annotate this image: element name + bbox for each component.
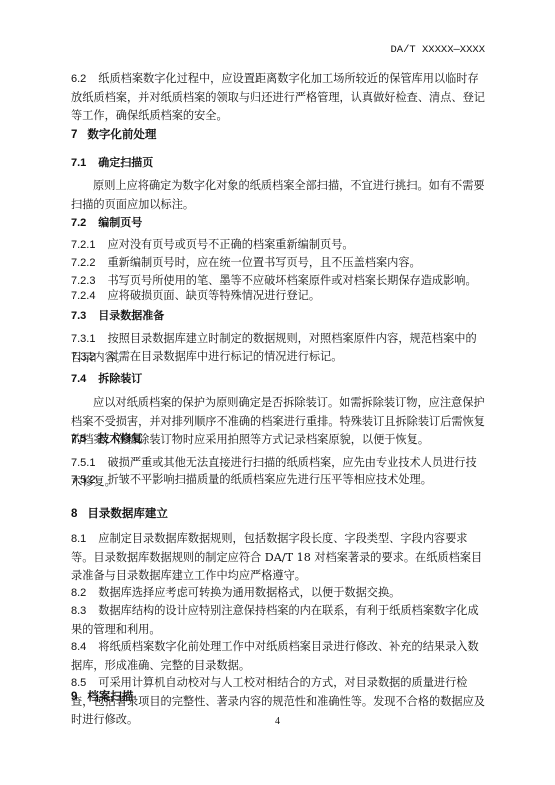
section-number: 7.5	[71, 433, 86, 445]
clause-text: 纸质档案数字化过程中，应设置距离数字化加工场所较近的保管库用以临时存放纸质档案，…	[71, 72, 485, 122]
chapter-number: 7	[71, 129, 77, 141]
clause-8-2: 8.2数据库选择应考虑可转换为通用数据格式，以便于数据交换。	[71, 584, 485, 603]
clause-text: 应将破损页面、缺页等特殊情况进行登记。	[107, 289, 320, 302]
section-7-1-text: 原则上应将确定为数字化对象的纸质档案全部扫描，不宜进行挑扫。如有不需要扫描的页面…	[71, 177, 485, 214]
clause-number: 6.2	[71, 73, 86, 85]
clause-text: 应对没有页号或页号不正确的档案重新编制页号。	[107, 238, 353, 251]
clause-7-2-2: 7.2.2重新编制页号时，应在统一位置书写页号，且不压盖档案内容。	[71, 254, 485, 273]
clause-number: 8.4	[71, 641, 86, 653]
clause-number: 7.3.1	[71, 333, 95, 345]
clause-7-2-1: 7.2.1应对没有页号或页号不正确的档案重新编制页号。	[71, 236, 485, 255]
clause-text: 重新编制页号时，应在统一位置书写页号，且不压盖档案内容。	[107, 256, 420, 269]
clause-text: 折皱不平影响扫描质量的纸质档案应先进行压平等相应技术处理。	[107, 473, 431, 486]
section-title: 确定扫描页	[98, 157, 153, 169]
clause-number: 8.3	[71, 605, 86, 617]
clause-7-3-2: 7.3.2对需在目录数据库中进行标记的情况进行标记。	[71, 348, 485, 367]
clause-number: 7.2.2	[71, 257, 95, 269]
section-7-2-heading: 7.2编制页号	[71, 214, 485, 233]
section-number: 7.2	[71, 217, 86, 229]
clause-6-2: 6.2纸质档案数字化过程中，应设置距离数字化加工场所较近的保管库用以临时存放纸质…	[71, 70, 485, 126]
section-number: 7.4	[71, 373, 86, 385]
chapter-number: 9	[71, 691, 77, 703]
standard-code-header: DA/T XXXXX—XXXX	[390, 44, 485, 56]
clause-7-5-2: 7.5.2折皱不平影响扫描质量的纸质档案应先进行压平等相应技术处理。	[71, 471, 485, 490]
chapter-7-heading: 7数字化前处理	[71, 126, 485, 145]
clause-text: 对需在目录数据库中进行标记的情况进行标记。	[107, 350, 342, 363]
clause-number: 7.2.1	[71, 239, 95, 251]
page-number: 4	[0, 716, 555, 727]
section-7-4-heading: 7.4拆除装订	[71, 370, 485, 389]
section-number: 7.1	[71, 157, 86, 169]
section-number: 7.3	[71, 310, 86, 322]
clause-number: 8.2	[71, 587, 86, 599]
clause-8-4: 8.4将纸质档案数字化前处理工作中对纸质档案目录进行修改、补充的结果录入数据库，…	[71, 638, 485, 675]
chapter-8-heading: 8目录数据库建立	[71, 505, 485, 524]
clause-text: 应制定目录数据库数据规则，包括数据字段长度、字段类型、字段内容要求等。目录数据库…	[71, 532, 482, 582]
clause-text: 将纸质档案数字化前处理工作中对纸质档案目录进行修改、补充的结果录入数据库，形成准…	[71, 640, 479, 672]
clause-number: 7.5.1	[71, 457, 95, 469]
clause-number: 7.2.3	[71, 275, 95, 287]
chapter-number: 8	[71, 508, 77, 520]
section-title: 编制页号	[98, 217, 142, 229]
clause-number: 8.1	[71, 533, 86, 545]
section-7-5-heading: 7.5技术修复	[71, 430, 485, 449]
chapter-title: 目录数据库建立	[87, 508, 168, 520]
clause-number: 7.3.2	[71, 351, 95, 363]
clause-text: 书写页号所使用的笔、墨等不应破坏档案原件或对档案长期保存造成影响。	[107, 274, 476, 287]
clause-7-2-4: 7.2.4应将破损页面、缺页等特殊情况进行登记。	[71, 287, 485, 306]
clause-number: 7.2.4	[71, 290, 95, 302]
clause-8-3: 8.3数据库结构的设计应特别注意保持档案的内在联系，有利于纸质档案数字化成果的管…	[71, 602, 485, 639]
chapter-9-heading: 9档案扫描	[71, 688, 485, 707]
clause-text: 数据库结构的设计应特别注意保持档案的内在联系，有利于纸质档案数字化成果的管理和利…	[71, 604, 479, 636]
clause-number: 7.5.2	[71, 474, 95, 486]
section-title: 拆除装订	[98, 373, 142, 385]
section-title: 技术修复	[98, 433, 142, 445]
section-7-3-heading: 7.3目录数据准备	[71, 307, 485, 326]
section-7-1-heading: 7.1确定扫描页	[71, 154, 485, 173]
section-title: 目录数据准备	[98, 310, 164, 322]
chapter-title: 档案扫描	[87, 691, 133, 703]
chapter-title: 数字化前处理	[87, 129, 156, 141]
clause-8-1: 8.1应制定目录数据库数据规则，包括数据字段长度、字段类型、字段内容要求等。目录…	[71, 530, 485, 586]
clause-text: 数据库选择应考虑可转换为通用数据格式，以便于数据交换。	[98, 586, 400, 599]
